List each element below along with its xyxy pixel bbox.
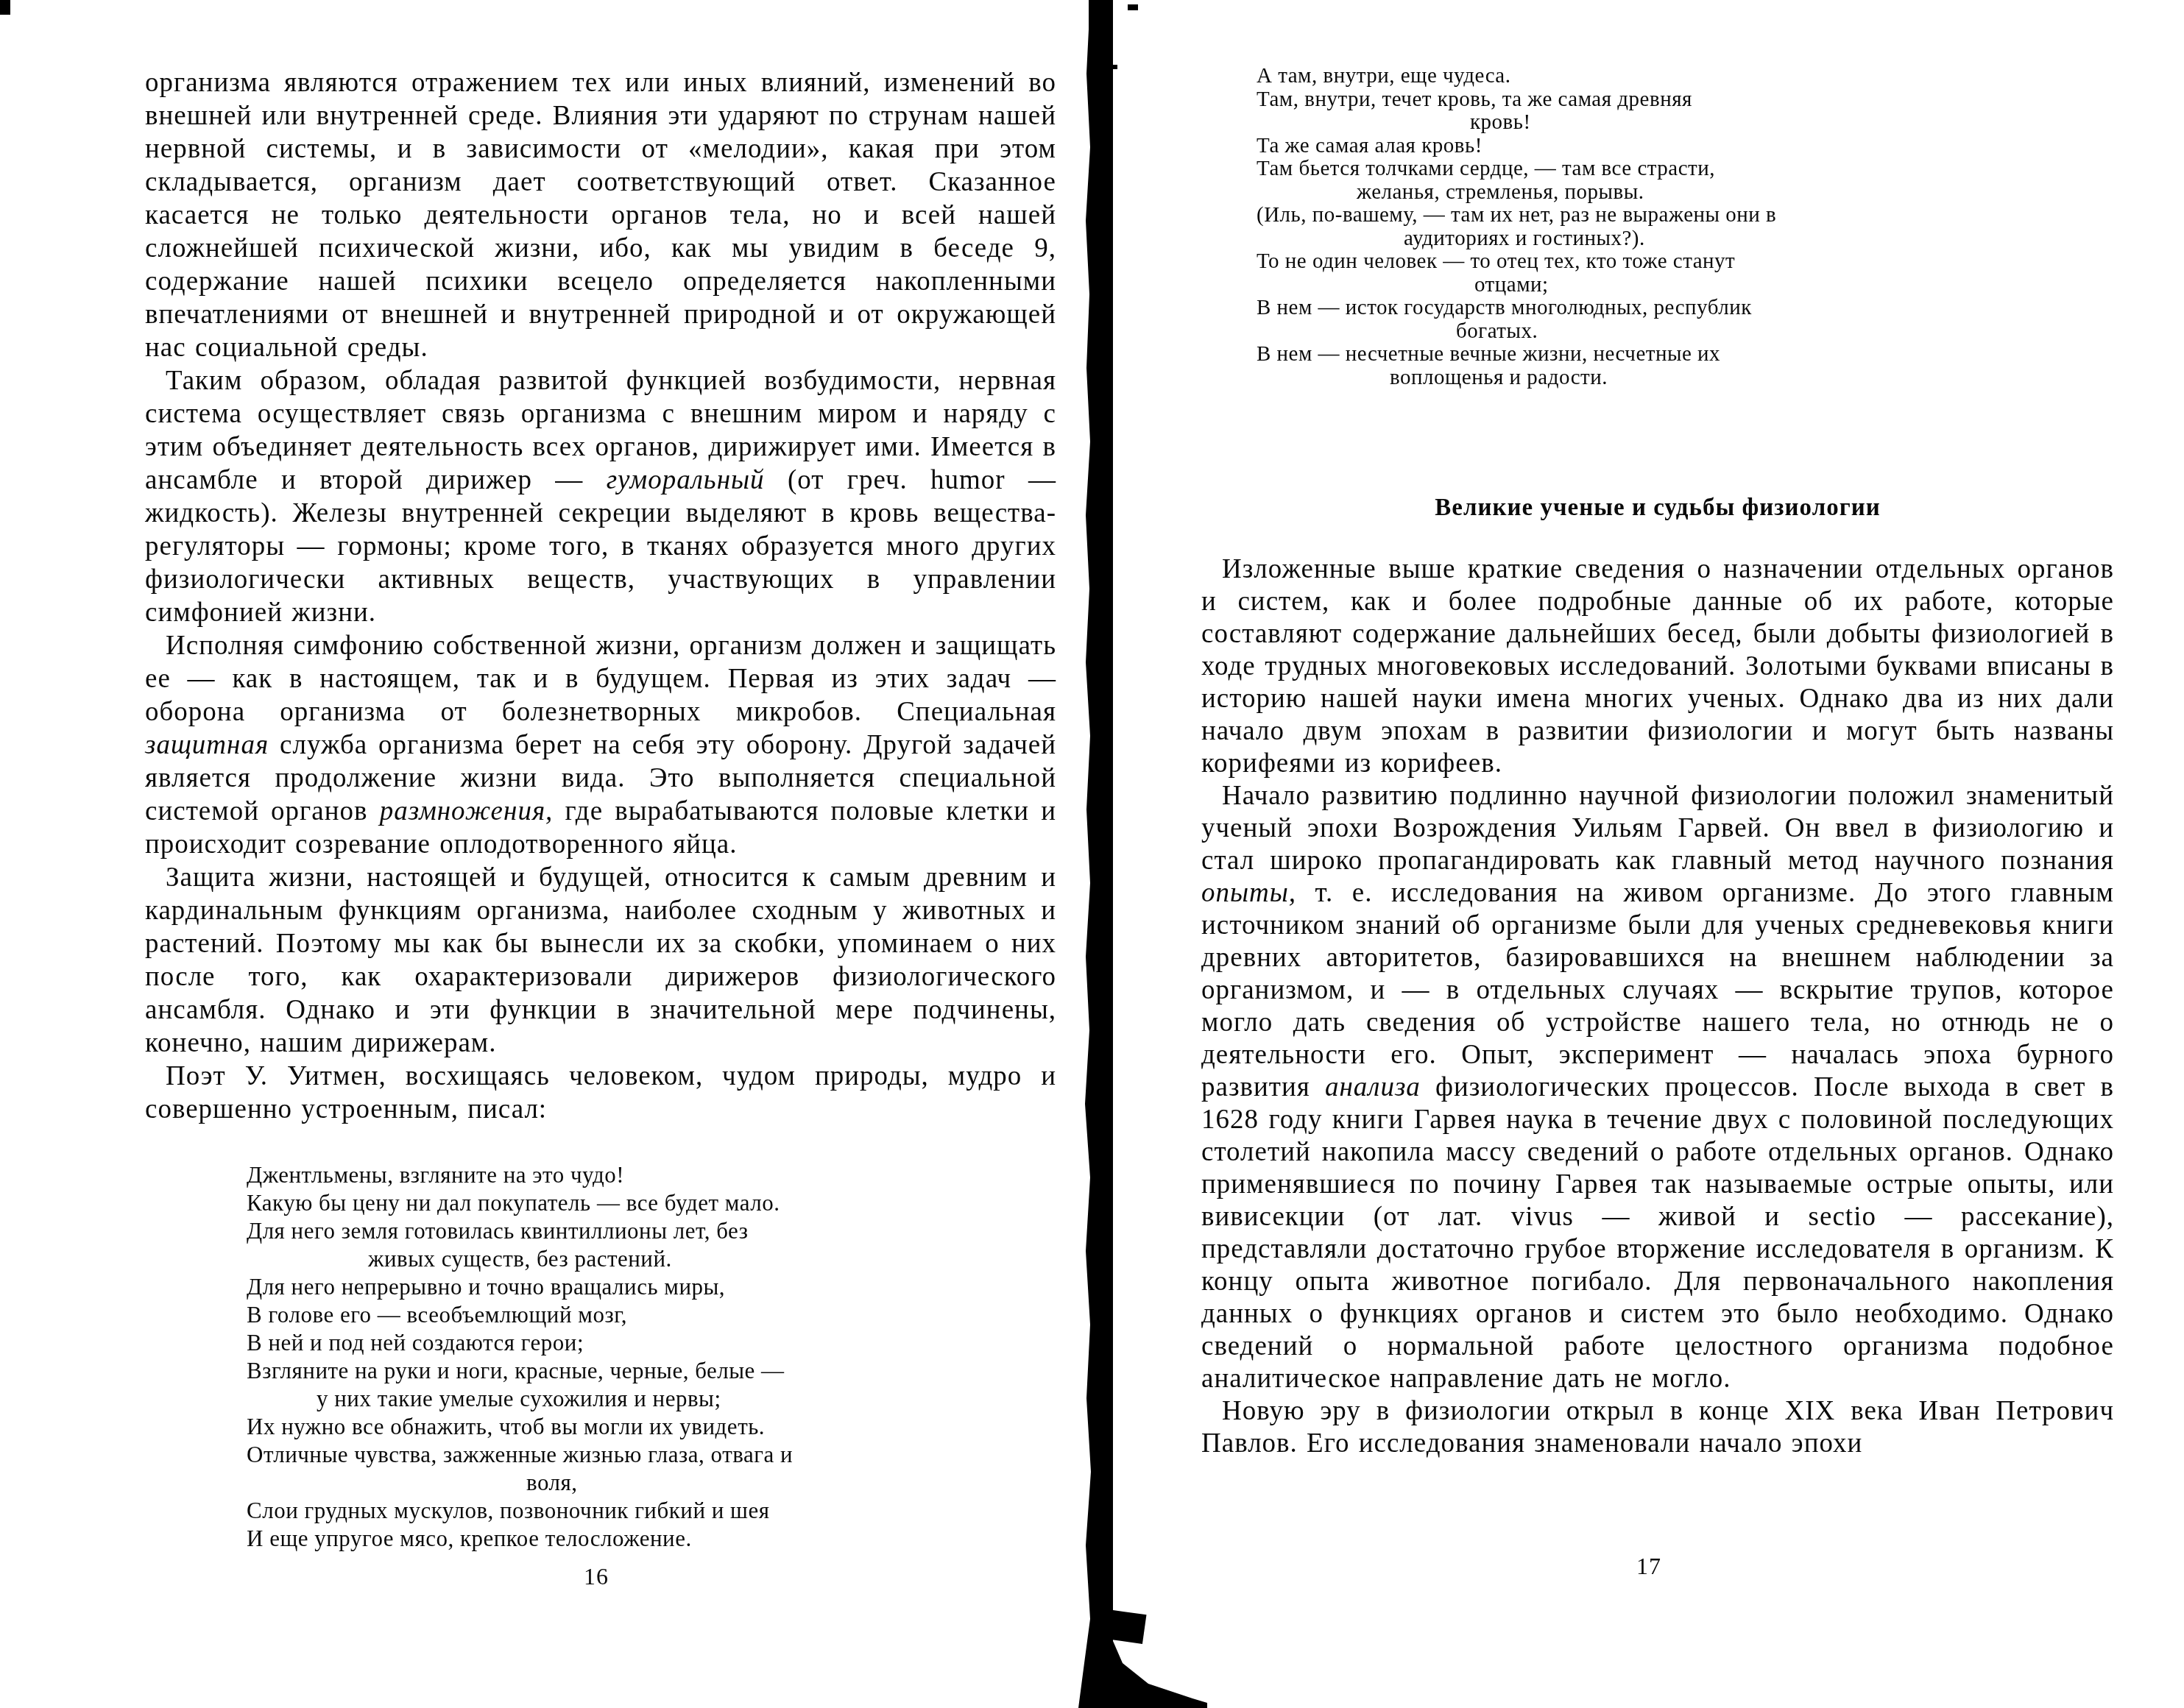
poem-line: Для него земля готовилась квинтиллионы л… bbox=[247, 1217, 793, 1245]
book-spread-scan: организма являются отражением тех или ин… bbox=[0, 0, 2184, 1708]
whitman-poem-part2: А там, внутри, еще чудеса. Там, внутри, … bbox=[1257, 65, 1776, 389]
poem-line: Какую бы цену ни дал покупатель — все бу… bbox=[247, 1189, 793, 1217]
whitman-poem-part1: Джентльмены, взгляните на это чудо! Каку… bbox=[247, 1161, 793, 1553]
paragraph-text: Изложенные выше краткие сведения о назна… bbox=[1201, 554, 2114, 779]
poem-line: В нем — исток государств многолюдных, ре… bbox=[1257, 297, 1776, 320]
poem-line: А там, внутри, еще чудеса. bbox=[1257, 65, 1776, 88]
poem-line: живых существ, без растений. bbox=[368, 1245, 793, 1273]
section-heading: Великие ученые и судьбы физиологии bbox=[1201, 495, 2114, 522]
page-number: 17 bbox=[1575, 1553, 1722, 1580]
paragraph-text: Начало развитию подлинно научной физиоло… bbox=[1201, 781, 2114, 876]
poem-line: (Иль, по-вашему, — там их нет, раз не вы… bbox=[1257, 204, 1776, 227]
poem-line: В голове его — всеобъемлющий мозг, bbox=[247, 1301, 793, 1329]
left-page: организма являются отражением тех или ин… bbox=[145, 0, 1056, 1708]
paragraph: Начало развитию подлинно научной физиоло… bbox=[1201, 780, 2114, 1395]
poem-line: В ней и под ней создаются герои; bbox=[247, 1329, 793, 1357]
poem-line: И еще упругое мясо, крепкое телосложение… bbox=[247, 1525, 793, 1553]
poem-line: Отличные чувства, зажженные жизнью глаза… bbox=[247, 1441, 793, 1469]
scan-corner-artifact bbox=[0, 0, 10, 15]
paragraph: Защита жизни, настоящей и будущей, относ… bbox=[145, 861, 1056, 1060]
paragraph: организма являются отражением тех или ин… bbox=[145, 66, 1056, 364]
poem-line: воля, bbox=[526, 1469, 793, 1497]
paragraph-text: Исполняя симфонию собственной жизни, орг… bbox=[145, 631, 1056, 727]
poem-line: желанья, стремленья, порывы. bbox=[1357, 181, 1776, 205]
paragraph: Таким образом, обладая развитой функцией… bbox=[145, 364, 1056, 629]
poem-line: аудиториях и гостиных?). bbox=[1404, 227, 1776, 251]
italic-term: защитная bbox=[145, 730, 269, 760]
paragraph: Изложенные выше краткие сведения о назна… bbox=[1201, 553, 2114, 780]
italic-term: размножения, bbox=[380, 796, 554, 826]
paragraph: Поэт У. Уитмен, восхищаясь человеком, чу… bbox=[145, 1060, 1056, 1126]
paragraph-text: Новую эру в физиологии открыл в конце XI… bbox=[1201, 1396, 2114, 1459]
poem-line: Для него непрерывно и точно вращались ми… bbox=[247, 1273, 793, 1301]
poem-line: Там, внутри, течет кровь, та же самая др… bbox=[1257, 88, 1776, 112]
poem-line: Там бьется толчками сердце, — там все ст… bbox=[1257, 157, 1776, 181]
book-binding bbox=[1071, 0, 1207, 1708]
paragraph-text: физиологических процессов. После выхода … bbox=[1201, 1072, 2114, 1394]
poem-line: воплощенья и радости. bbox=[1390, 366, 1776, 390]
page-number: 16 bbox=[523, 1563, 670, 1590]
paragraph: Исполняя симфонию собственной жизни, орг… bbox=[145, 629, 1056, 861]
poem-line: То не один человек — то отец тех, кто то… bbox=[1257, 250, 1776, 274]
poem-line: Слои грудных мускулов, позвоночник гибки… bbox=[247, 1497, 793, 1525]
poem-line: Джентльмены, взгляните на это чудо! bbox=[247, 1161, 793, 1189]
poem-line: Та же самая алая кровь! bbox=[1257, 135, 1776, 158]
italic-term: анализа bbox=[1325, 1072, 1421, 1102]
poem-line: Взгляните на руки и ноги, красные, черны… bbox=[247, 1357, 793, 1385]
poem-line: Их нужно все обнажить, чтоб вы могли их … bbox=[247, 1413, 793, 1441]
poem-line: отцами; bbox=[1474, 274, 1776, 297]
poem-line: богатых. bbox=[1456, 320, 1776, 344]
left-page-body: организма являются отражением тех или ин… bbox=[145, 66, 1056, 1126]
paragraph-text: Защита жизни, настоящей и будущей, относ… bbox=[145, 862, 1056, 1058]
paragraph: Новую эру в физиологии открыл в конце XI… bbox=[1201, 1395, 2114, 1460]
poem-line: у них такие умелые сухожилия и нервы; bbox=[317, 1385, 793, 1413]
paragraph-text: т. е. исследования на живом организме. Д… bbox=[1201, 878, 2114, 1102]
poem-line: кровь! bbox=[1470, 111, 1776, 135]
italic-term: гуморальный bbox=[607, 465, 765, 495]
paragraph-text: Поэт У. Уитмен, восхищаясь человеком, чу… bbox=[145, 1061, 1056, 1124]
right-page-body: Изложенные выше краткие сведения о назна… bbox=[1201, 553, 2114, 1460]
right-page: А там, внутри, еще чудеса. Там, внутри, … bbox=[1201, 0, 2114, 1708]
poem-line: В нем — несчетные вечные жизни, несчетны… bbox=[1257, 343, 1776, 366]
paragraph-text: организма являются отражением тех или ин… bbox=[145, 68, 1056, 363]
italic-term: опыты, bbox=[1201, 878, 1296, 908]
